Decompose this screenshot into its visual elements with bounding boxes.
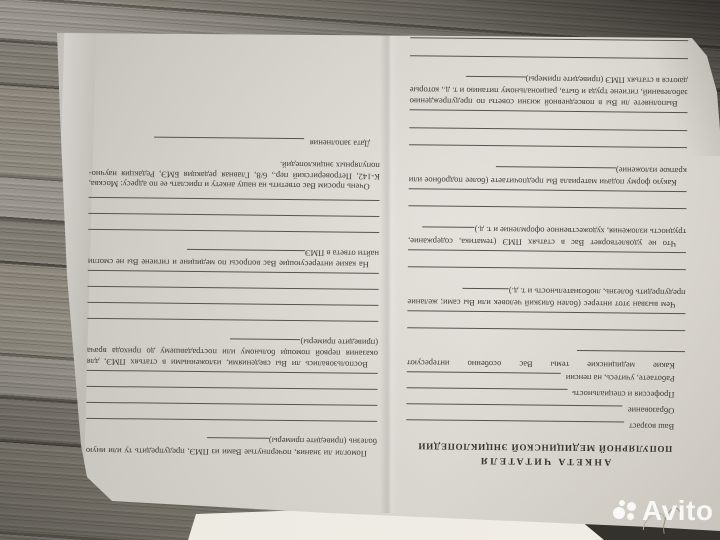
question-prevented-illness: Помогли ли знания, почерпнутые Вами из П…	[86, 370, 378, 459]
fill-date-field: Дата заполнения	[89, 136, 380, 153]
answer-ruled-line	[88, 197, 379, 216]
answer-ruled-line	[86, 386, 377, 405]
answer-ruled-line	[88, 229, 379, 248]
photo-scene: АНКЕТА ЧИТАТЕЛЯ ПОПУЛЯРНОЙ МЕДИЦИНСКОЙ Э…	[0, 0, 720, 540]
answer-blank-line	[577, 350, 685, 360]
field-age-label: Ваш возраст	[629, 422, 684, 433]
answer-ruled-line	[410, 55, 688, 75]
answer-blank-line	[187, 249, 305, 259]
answer-ruled-line	[407, 328, 685, 348]
answer-ruled-line	[86, 418, 377, 437]
answer-ruled-line	[87, 302, 378, 321]
answer-ruled-line	[88, 213, 379, 232]
answer-blank-line	[423, 226, 475, 236]
answer-ruled-line	[87, 318, 378, 337]
question-unanswered: На какие интересующие Вас вопросы по мед…	[88, 197, 380, 270]
avito-logo-icon	[612, 497, 639, 525]
answer-ruled-line	[87, 370, 378, 389]
answer-ruled-line	[86, 402, 377, 421]
question-material-form: Какую форму подачи материала Вы предпочи…	[409, 110, 688, 188]
field-profession-label: Профессия и специальность	[572, 389, 685, 400]
question-topics-text: Какие медицинские темы Вас особенно инте…	[407, 358, 675, 371]
answer-ruled-line	[408, 188, 686, 208]
answer-ruled-line	[408, 267, 686, 287]
answer-blank-line	[466, 76, 526, 86]
answer-ruled-line	[407, 310, 685, 330]
answer-ruled-line	[88, 270, 379, 289]
question-interest-reason: Чем вызван этот интерес (болен близкий ч…	[407, 249, 686, 310]
fill-date-label: Дата заполнения	[310, 138, 370, 149]
question-topics: Какие медицинские темы Вас особенно инте…	[407, 310, 686, 371]
avito-watermark: Avito	[612, 497, 713, 525]
field-occupation-status-label: Работаете, учитесь, на пенсии	[566, 373, 685, 384]
field-age: Ваш возраст	[406, 419, 684, 438]
mailing-address-note: Очень просим Вас ответить на нашу анкету…	[89, 158, 380, 193]
form-back-page: Помогли ли знания, почерпнутые Вами из П…	[66, 27, 388, 474]
avito-brand-text: Avito	[642, 497, 713, 525]
fill-date-blank-line	[154, 137, 304, 140]
rotated-form-content: АНКЕТА ЧИТАТЕЛЯ ПОПУЛЯРНОЙ МЕДИЦИНСКОЙ Э…	[66, 27, 705, 478]
answer-ruled-line	[410, 38, 688, 58]
answer-blank-line	[230, 338, 300, 348]
answer-ruled-line	[409, 127, 687, 147]
question-first-aid: Воспользовались ли Вы сведениями, изложе…	[87, 270, 379, 370]
answer-ruled-line	[87, 286, 378, 305]
answer-ruled-line	[408, 249, 686, 269]
answer-blank-line	[496, 166, 616, 176]
field-education-label: Образование	[628, 406, 685, 417]
form-title-line2: ПОПУЛЯРНОЙ МЕДИЦИНСКОЙ ЭНЦИКЛОПЕДИИ	[406, 441, 684, 454]
form-front-page: АНКЕТА ЧИТАТЕЛЯ ПОПУЛЯРНОЙ МЕДИЦИНСКОЙ Э…	[383, 30, 705, 477]
question-daily-advice-text: Выполняете ли Вы в повседневной жизни со…	[410, 75, 688, 110]
form-title-line1: АНКЕТА ЧИТАТЕЛЯ	[406, 454, 684, 467]
answer-ruled-line	[409, 145, 687, 165]
question-dissatisfaction: Что не удовлетворяет Вас в статьях ПМЭ (…	[408, 188, 687, 249]
answer-ruled-line	[409, 110, 687, 130]
answer-blank-line	[207, 438, 269, 448]
questionnaire-paper: АНКЕТА ЧИТАТЕЛЯ ПОПУЛЯРНОЙ МЕДИЦИНСКОЙ Э…	[0, 0, 720, 540]
answer-blank-line	[463, 288, 509, 297]
field-occupation-status-blank-line	[407, 371, 561, 374]
question-interest-reason-text: Чем вызван этот интерес (болен близкий ч…	[407, 286, 685, 310]
